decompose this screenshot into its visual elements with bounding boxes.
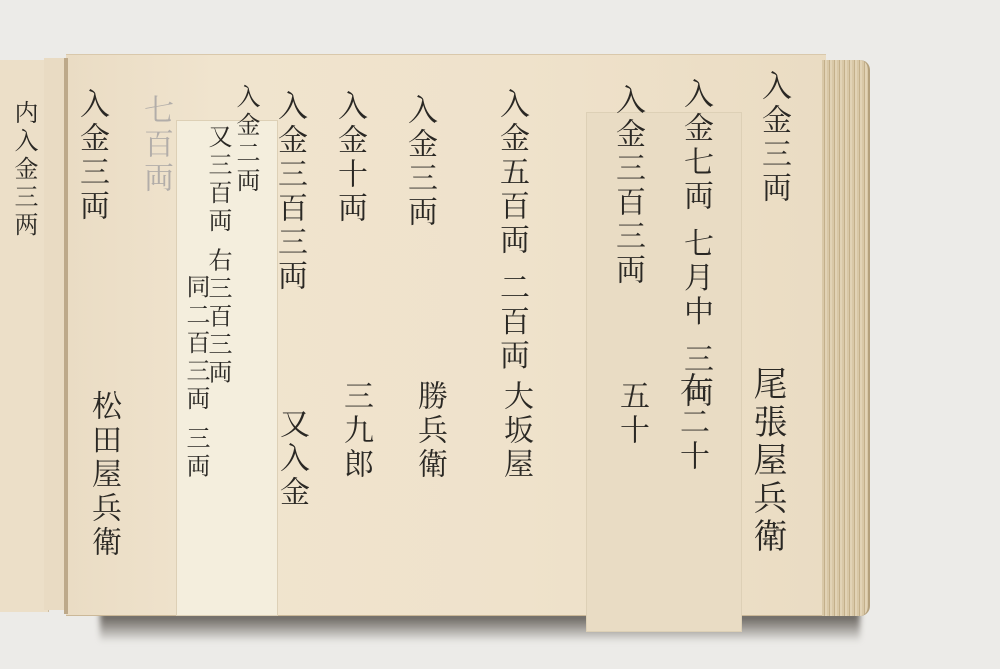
- text-column: 三九郎: [340, 380, 370, 482]
- text-column: 入金七両 七月中 三両: [680, 78, 710, 411]
- book-gutter: [64, 58, 68, 614]
- open-book: 内入金三两 入金三両 尾張屋兵衛 入金七両 七月中 三両 入金三百三両 右二十 …: [0, 54, 868, 616]
- text-column: 大坂屋: [500, 380, 530, 482]
- text-column: 尾張屋兵衛: [750, 366, 784, 556]
- left-page-fragment: 内入金三两: [0, 60, 49, 612]
- text-column: 入金十両: [334, 90, 364, 226]
- text-column: 五十: [616, 380, 646, 448]
- text-column: 勝兵衛: [414, 380, 444, 482]
- text-column: 入金三両: [76, 88, 106, 224]
- text-column: 入金三百三両: [274, 90, 304, 294]
- left-fragment-column: 内入金三两: [12, 100, 36, 240]
- book-shadow: [100, 612, 860, 642]
- text-column: 七百両: [140, 94, 170, 196]
- text-column: 松田屋兵衛: [88, 390, 118, 560]
- text-column: 入金二両: [234, 84, 258, 196]
- text-column: 入金三両: [404, 94, 434, 230]
- page-edges: [822, 60, 870, 616]
- text-column: 入金三百三両: [612, 84, 642, 288]
- text-column: 入金五百両 二百両: [496, 88, 526, 374]
- text-column: 又入金: [276, 408, 306, 510]
- text-column: 右二十: [676, 372, 706, 474]
- text-column: 入金三両: [758, 70, 788, 206]
- text-column: 同二百三両 三両: [184, 274, 208, 482]
